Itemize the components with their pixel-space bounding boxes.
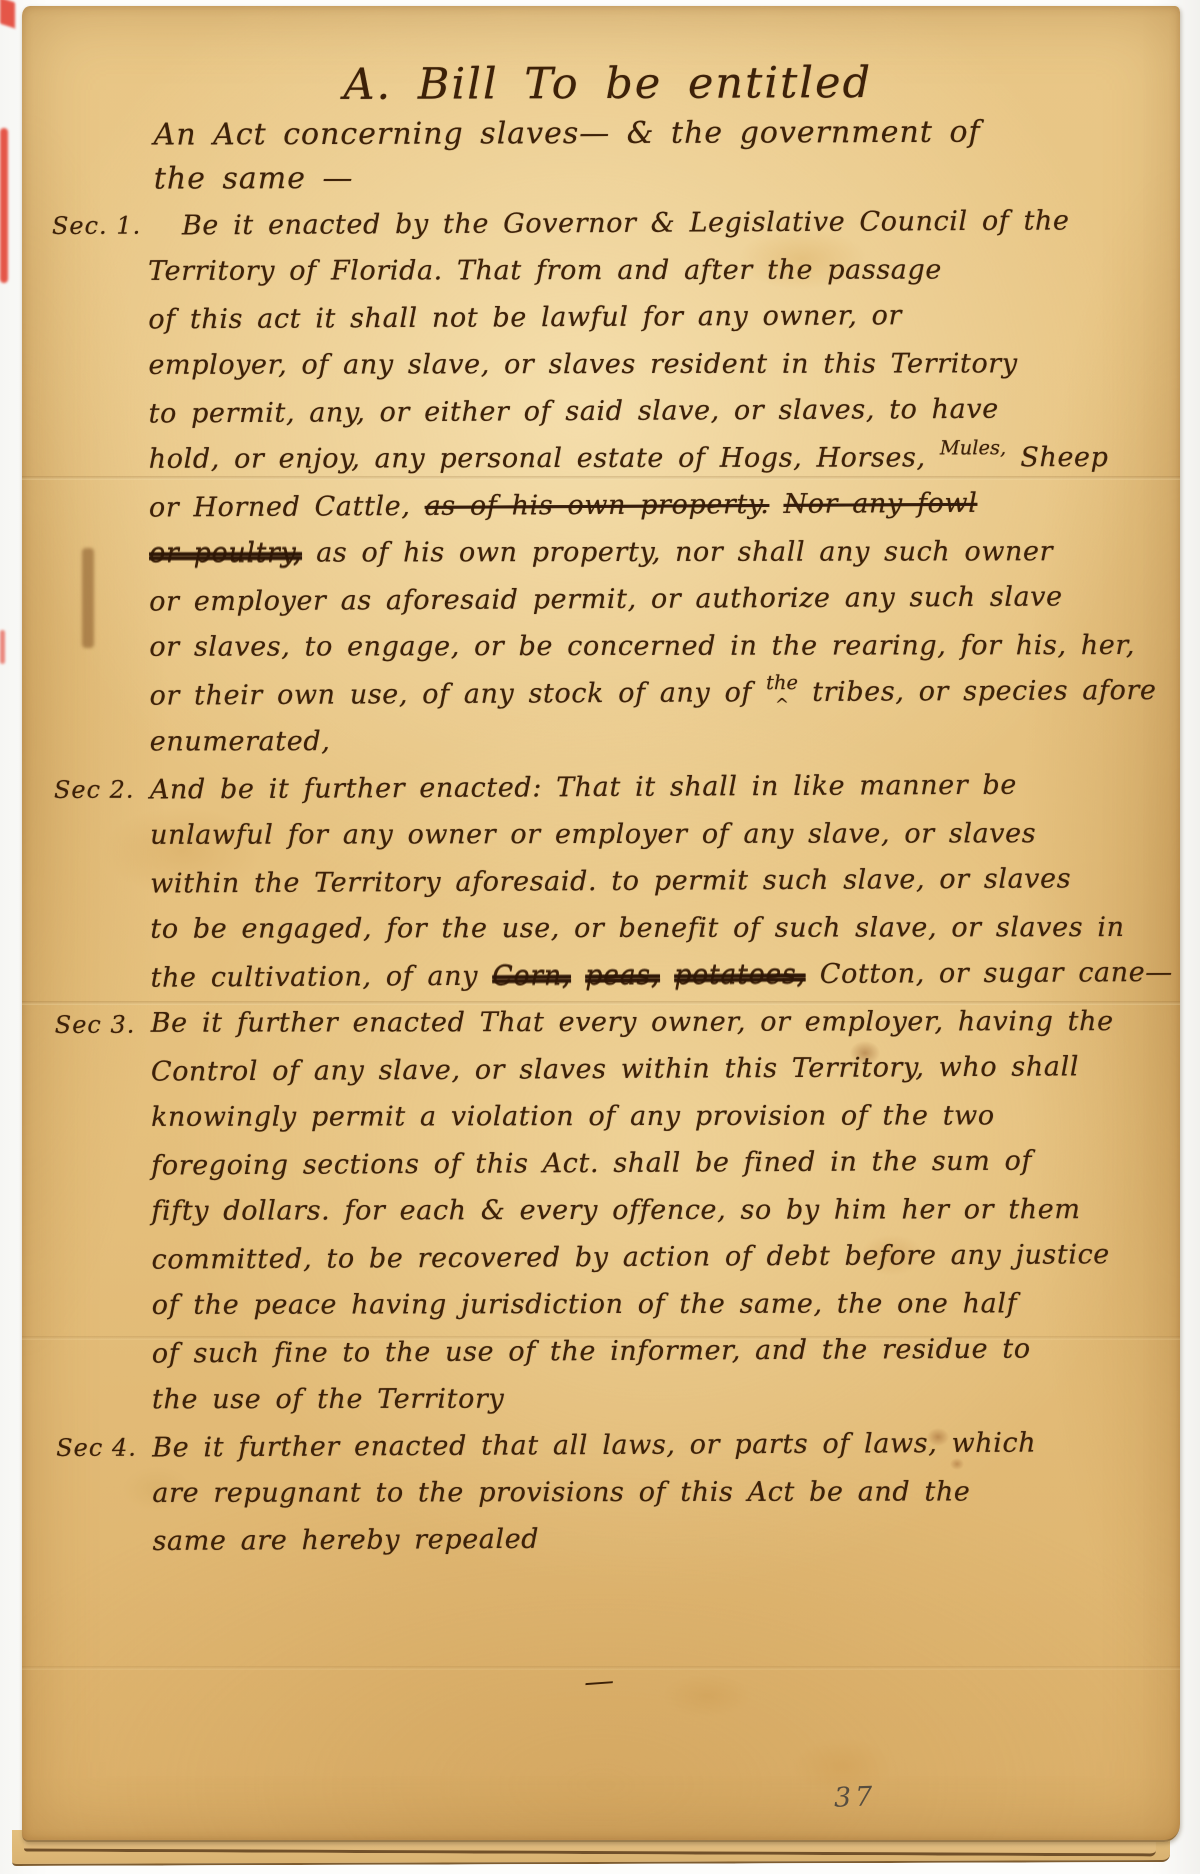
- line-text: Be it further enacted that all laws, or …: [152, 1428, 1036, 1464]
- section-label: Sec 2.: [38, 776, 150, 804]
- text-segment: or their own use, of any stock of any of: [150, 677, 767, 711]
- section-label: Sec 3.: [39, 1011, 151, 1039]
- text-segment: tribes, or species afore: [798, 675, 1157, 708]
- manuscript-line: Control of any slave, or slaves within t…: [39, 1052, 1163, 1103]
- document-subtitle-line-2: the same —: [154, 154, 1160, 202]
- manuscript-line: fifty dollars. for each & every offence,…: [39, 1193, 1163, 1244]
- line-text: of this act it shall not be lawful for a…: [148, 300, 902, 335]
- manuscript-line: or their own use, of any stock of any of…: [38, 676, 1162, 727]
- text-segment: or slaves, to engage, or be concerned in…: [149, 630, 1135, 663]
- interlined-insertion: Mules,: [940, 436, 1006, 459]
- manuscript-line: of this act it shall not be lawful for a…: [36, 300, 1160, 351]
- document-title: A. Bill To be entitled: [343, 54, 1159, 113]
- paper-stain: [662, 1674, 752, 1718]
- text-segment: committed, to be recovered by action of …: [151, 1239, 1109, 1275]
- text-segment: are repugnant to the provisions of this …: [152, 1476, 970, 1508]
- text-segment: the use of the Territory: [152, 1384, 504, 1416]
- text-segment: [571, 960, 585, 991]
- document-subtitle-line-1: An Act concerning slaves— & the governme…: [154, 110, 1160, 158]
- section-label: Sec. 1.: [36, 212, 148, 240]
- line-text: the cultivation, of any Corn, peas, pota…: [150, 957, 1172, 994]
- text-segment: the cultivation, of any: [150, 961, 492, 994]
- text-segment: Be it enacted by the Governor & Legislat…: [182, 205, 1070, 241]
- manuscript-page: A. Bill To be entitled An Act concerning…: [22, 6, 1180, 1842]
- line-text: within the Territory aforesaid. to permi…: [150, 863, 1071, 899]
- line-text: Be it further enacted That every owner, …: [151, 1006, 1114, 1039]
- line-text: same are hereby repealed: [152, 1524, 539, 1557]
- line-text: committed, to be recovered by action of …: [151, 1239, 1109, 1275]
- manuscript-line: the cultivation, of any Corn, peas, pota…: [39, 958, 1163, 1009]
- text-segment: Cotton, or sugar cane—: [806, 957, 1173, 990]
- manuscript-text: A. Bill To be entitled An Act concerning…: [35, 54, 1164, 1573]
- manuscript-line: within the Territory aforesaid. to permi…: [38, 864, 1162, 915]
- line-text: or their own use, of any stock of any of…: [150, 675, 1157, 712]
- separator-dash: —: [583, 1663, 617, 1700]
- text-segment: Be it further enacted that all laws, or …: [152, 1428, 1036, 1464]
- text-segment: Be it further enacted That every owner, …: [151, 1006, 1114, 1039]
- text-segment: employer, of any slave, or slaves reside…: [148, 348, 1017, 381]
- line-text: Control of any slave, or slaves within t…: [151, 1051, 1079, 1087]
- manuscript-line: Sec 4.Be it further enacted that all law…: [40, 1428, 1164, 1479]
- manuscript-line: unlawful for any owner or employer of an…: [38, 817, 1162, 868]
- struck-text: Nor any fowl: [783, 488, 977, 520]
- line-text: Be it enacted by the Governor & Legislat…: [148, 205, 1070, 241]
- line-text: And be it further enacted: That it shall…: [150, 770, 1017, 806]
- manuscript-line: committed, to be recovered by action of …: [39, 1240, 1163, 1291]
- line-text: the use of the Territory: [152, 1384, 504, 1416]
- line-text: knowingly permit a violation of any prov…: [151, 1100, 995, 1132]
- text-segment: [660, 960, 674, 991]
- manuscript-line: knowingly permit a violation of any prov…: [39, 1099, 1163, 1150]
- line-text: to permit, any, or either of said slave,…: [149, 394, 999, 430]
- line-text: employer, of any slave, or slaves reside…: [148, 348, 1017, 381]
- line-text: or slaves, to engage, or be concerned in…: [149, 630, 1135, 663]
- text-segment: or employer as aforesaid permit, or auth…: [149, 581, 1063, 617]
- text-segment: to be engaged, for the use, or benefit o…: [150, 912, 1124, 945]
- text-segment: same are hereby repealed: [152, 1524, 539, 1557]
- line-text: unlawful for any owner or employer of an…: [150, 818, 1036, 851]
- page-number-annotation: 37: [833, 1781, 876, 1813]
- text-segment: [769, 489, 783, 520]
- manuscript-line: of the peace having jurisdiction of the …: [40, 1287, 1164, 1338]
- text-segment: foregoing sections of this Act. shall be…: [151, 1146, 1032, 1182]
- manuscript-line: employer, of any slave, or slaves reside…: [36, 347, 1160, 398]
- text-segment: enumerated,: [150, 726, 331, 757]
- text-segment: of such fine to the use of the informer,…: [152, 1334, 1031, 1370]
- line-text: fifty dollars. for each & every offence,…: [151, 1194, 1080, 1227]
- manuscript-line: or poultry, as of his own property, nor …: [37, 535, 1161, 586]
- text-segment: Territory of Florida. That from and afte…: [148, 254, 942, 286]
- scan-background: A. Bill To be entitled An Act concerning…: [0, 0, 1200, 1874]
- struck-text: peas,: [585, 960, 660, 991]
- manuscript-line: or slaves, to engage, or be concerned in…: [37, 629, 1161, 680]
- manuscript-line: Sec 3.Be it further enacted That every o…: [39, 1005, 1163, 1056]
- text-segment: within the Territory aforesaid. to permi…: [150, 863, 1071, 899]
- line-text: or poultry, as of his own property, nor …: [149, 536, 1053, 569]
- text-segment: to permit, any, or either of said slave,…: [149, 394, 999, 430]
- manuscript-line: foregoing sections of this Act. shall be…: [39, 1146, 1163, 1197]
- section-label: Sec 4.: [40, 1434, 152, 1462]
- text-segment: as of his own property, nor shall any su…: [302, 536, 1053, 568]
- line-text: to be engaged, for the use, or benefit o…: [150, 912, 1124, 945]
- manuscript-line: same are hereby repealed: [40, 1522, 1164, 1573]
- text-segment: of this act it shall not be lawful for a…: [148, 300, 902, 335]
- text-segment: of the peace having jurisdiction of the …: [152, 1288, 1018, 1321]
- struck-text: potatoes,: [674, 959, 806, 991]
- text-segment: And be it further enacted: That it shall…: [150, 770, 1017, 806]
- manuscript-line: or employer as aforesaid permit, or auth…: [37, 582, 1161, 633]
- text-segment: Sheep: [1006, 442, 1108, 473]
- text-segment: or Horned Cattle,: [149, 491, 425, 524]
- text-segment: fifty dollars. for each & every offence,…: [151, 1194, 1080, 1227]
- line-text: or employer as aforesaid permit, or auth…: [149, 581, 1063, 617]
- struck-text: as of his own property.: [425, 489, 770, 522]
- manuscript-line: Territory of Florida. That from and afte…: [36, 253, 1160, 304]
- manuscript-line: are repugnant to the provisions of this …: [40, 1475, 1164, 1526]
- scan-artifact-red-mark: [0, 128, 8, 283]
- text-segment: unlawful for any owner or employer of an…: [150, 818, 1036, 851]
- interlined-insertion: the: [766, 671, 798, 694]
- line-text: of such fine to the use of the informer,…: [152, 1334, 1031, 1370]
- manuscript-line: hold, or enjoy, any personal estate of H…: [37, 441, 1161, 492]
- text-segment: hold, or enjoy, any personal estate of H…: [149, 442, 940, 474]
- struck-text: Corn,: [492, 960, 571, 991]
- scan-artifact-red-mark: [0, 0, 15, 28]
- manuscript-line: enumerated,: [38, 723, 1162, 774]
- scan-artifact-red-mark: [0, 630, 5, 664]
- manuscript-line: of such fine to the use of the informer,…: [40, 1334, 1164, 1385]
- text-segment: knowingly permit a violation of any prov…: [151, 1100, 995, 1132]
- line-text: hold, or enjoy, any personal estate of H…: [149, 442, 1109, 475]
- line-text: of the peace having jurisdiction of the …: [152, 1288, 1018, 1321]
- manuscript-line: Sec. 1.Be it enacted by the Governor & L…: [36, 206, 1160, 257]
- manuscript-line: or Horned Cattle, as of his own property…: [37, 488, 1161, 539]
- manuscript-line: to be engaged, for the use, or benefit o…: [38, 911, 1162, 962]
- line-text: or Horned Cattle, as of his own property…: [149, 488, 978, 524]
- text-segment: Control of any slave, or slaves within t…: [151, 1051, 1079, 1087]
- line-text: foregoing sections of this Act. shall be…: [151, 1146, 1032, 1182]
- struck-text: or poultry,: [149, 538, 302, 569]
- line-text: Territory of Florida. That from and afte…: [148, 254, 942, 286]
- document-lines: Sec. 1.Be it enacted by the Governor & L…: [36, 206, 1165, 1573]
- manuscript-line: Sec 2.And be it further enacted: That it…: [38, 770, 1162, 821]
- line-text: enumerated,: [150, 726, 331, 757]
- manuscript-line: the use of the Territory: [40, 1381, 1164, 1432]
- line-text: are repugnant to the provisions of this …: [152, 1476, 970, 1508]
